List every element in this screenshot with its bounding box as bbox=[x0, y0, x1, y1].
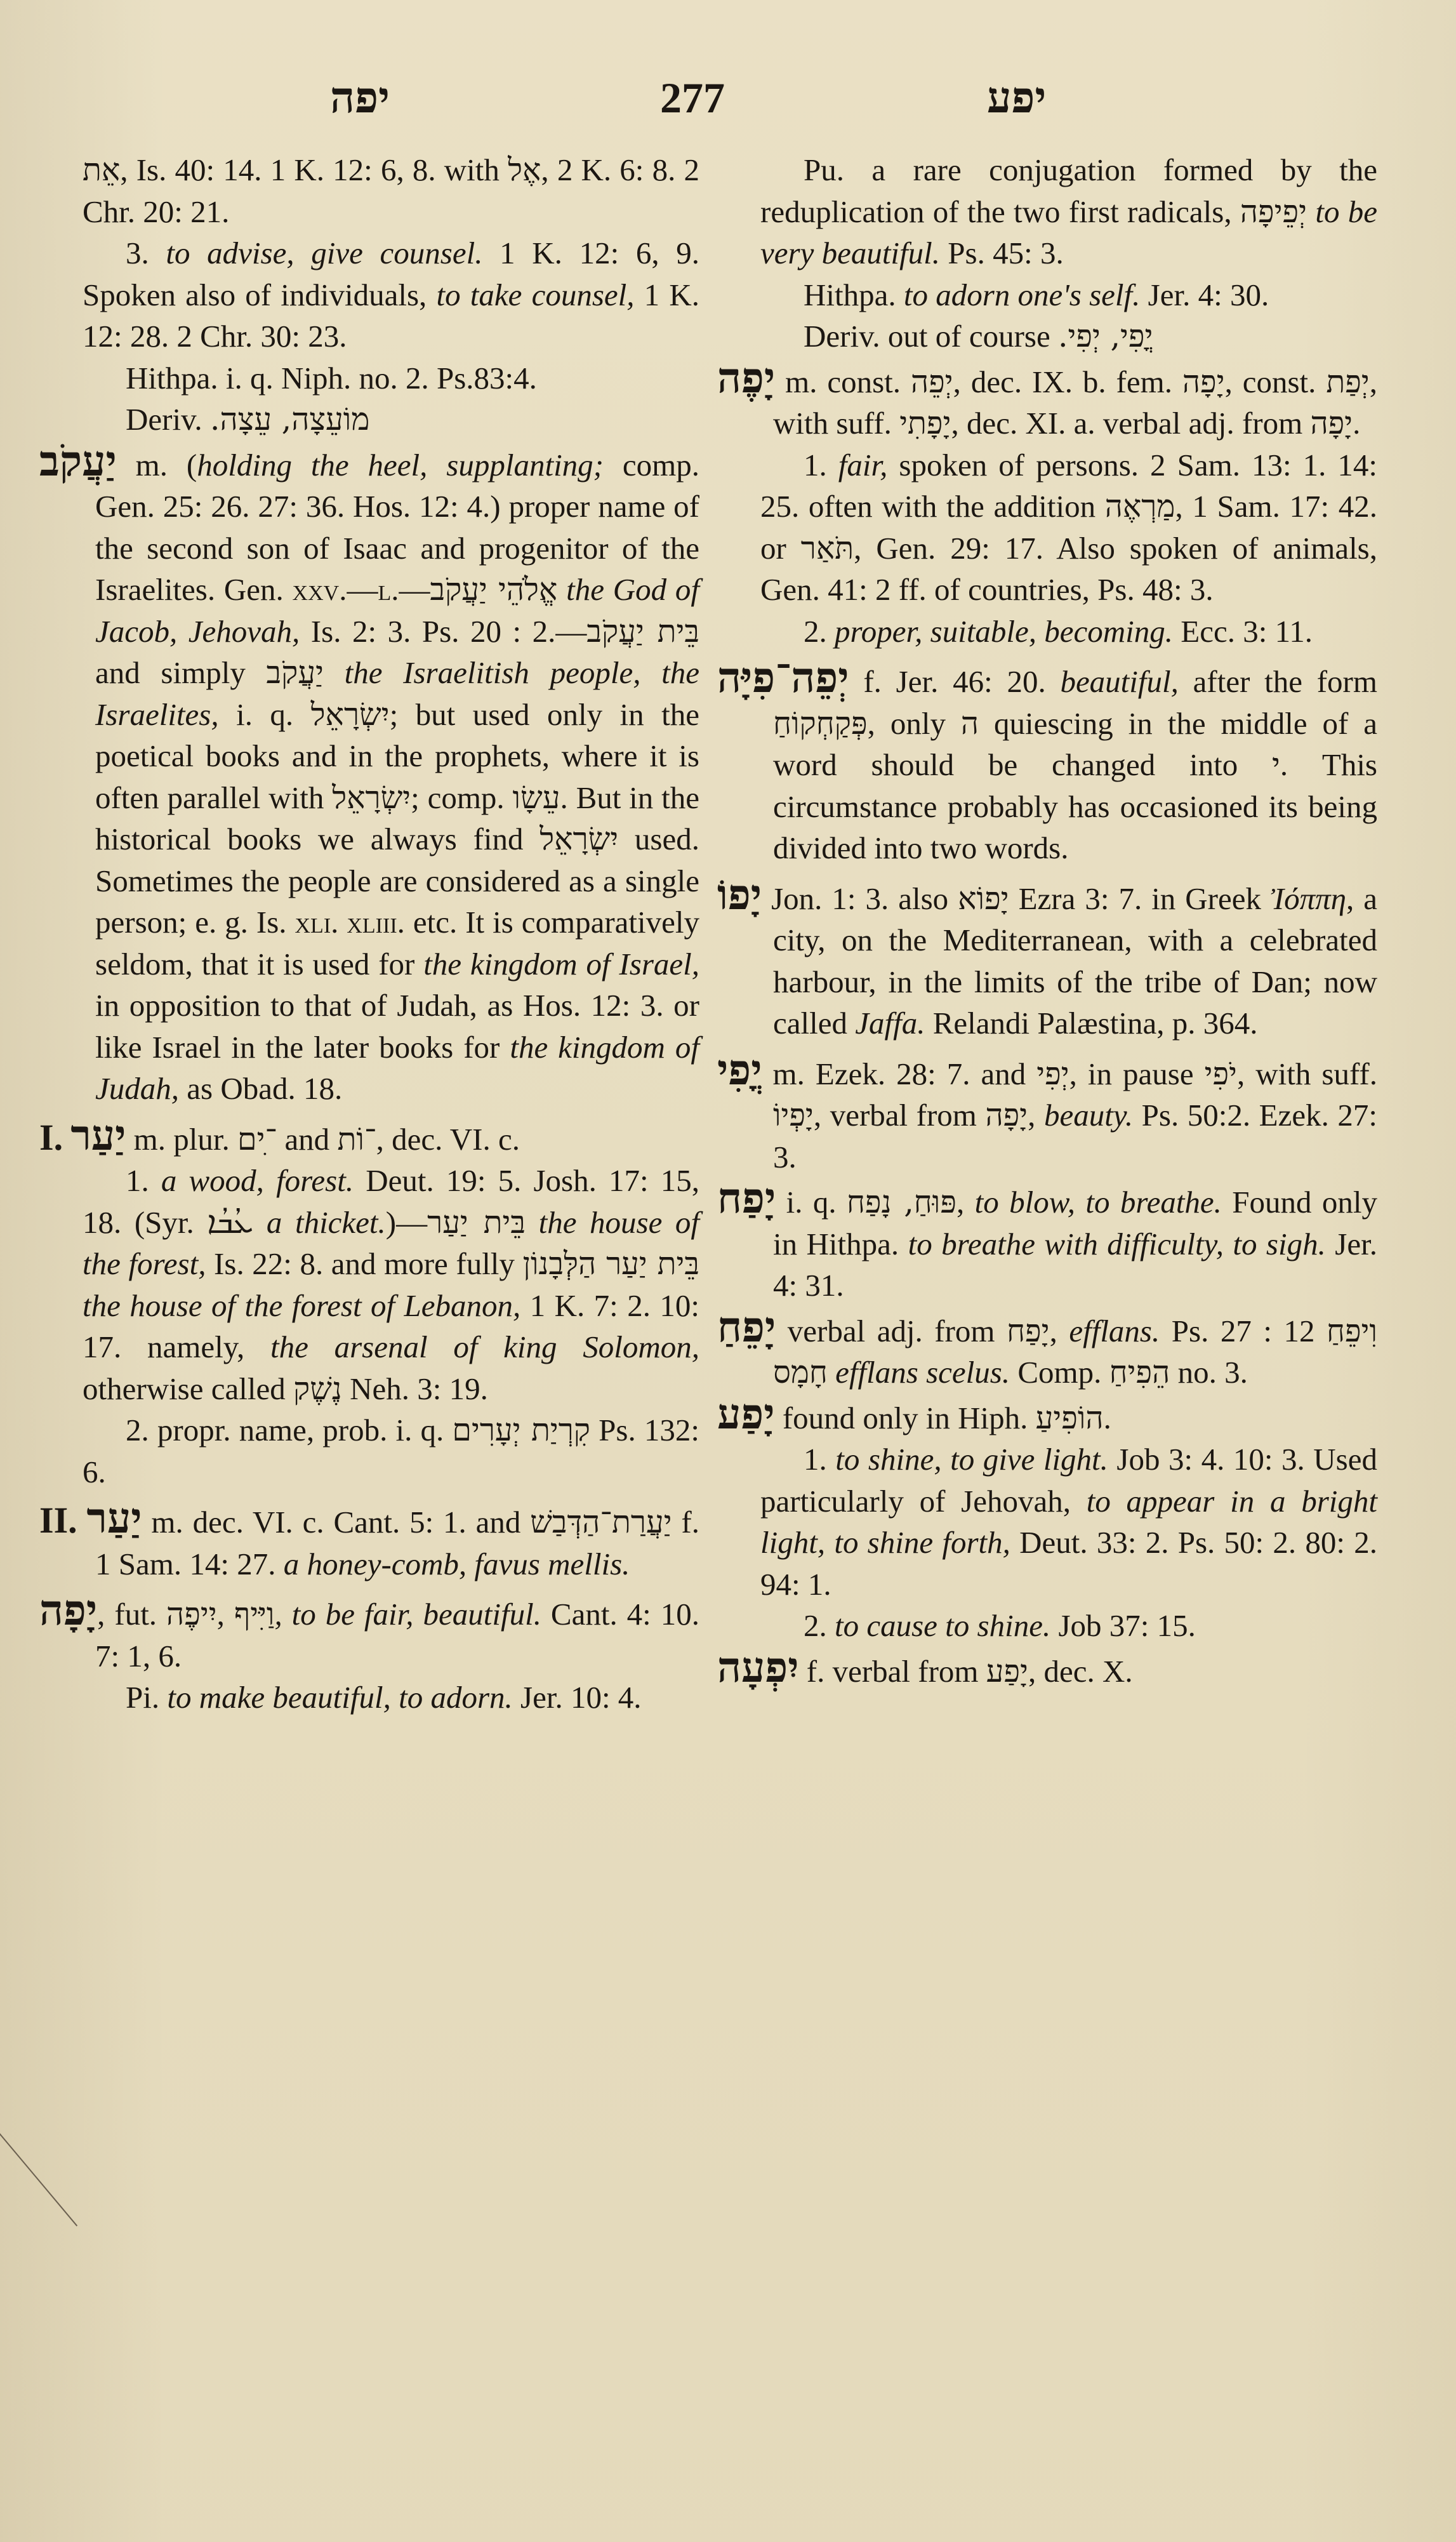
entry-headword: יַעַר bbox=[70, 1110, 126, 1160]
definition: the arsenal of king Solomon, bbox=[270, 1329, 699, 1364]
entry-headword: יִפְעָה bbox=[717, 1642, 799, 1692]
entry-text: and simply bbox=[95, 655, 267, 690]
entry-yifah: יִפְעָה f. verbal from יָפַע, dec. X. bbox=[717, 1647, 1377, 1693]
entry-headword: יְפֵה־פִיָּה bbox=[717, 653, 849, 702]
hebrew-word: יָפָה bbox=[985, 1097, 1028, 1133]
entry-text: Is. 2: 3. Ps. 20 : 2.— bbox=[300, 614, 586, 649]
entry-text: Job 37: 15. bbox=[1050, 1608, 1196, 1643]
conjugation-label: Hithpa. bbox=[804, 277, 896, 312]
definition: a thicket. bbox=[253, 1205, 385, 1240]
entry-headword: יָפֵחַ bbox=[717, 1302, 776, 1352]
deriv-label: Deriv. bbox=[126, 402, 210, 437]
sense-1: 1. fair, spoken of persons. 2 Sam. 13: 1… bbox=[760, 444, 1377, 611]
definition: to advise, give counsel. bbox=[166, 236, 482, 270]
hebrew-word: הֵפִיחַ bbox=[1109, 1354, 1170, 1390]
hebrew-word: יָפָה bbox=[1182, 364, 1225, 400]
entry-text: m. const. bbox=[775, 364, 911, 399]
hebrew-word: יְפֵיפָה bbox=[1240, 194, 1307, 230]
entry-yafach: יָפַח i. q. פּוּחַ, נָפַח, to blow, to b… bbox=[717, 1178, 1377, 1307]
sense-1: 1. to shine, to give light. Job 3: 4. 10… bbox=[760, 1439, 1377, 1605]
entry-text: Relandi Palæstina, p. 364. bbox=[925, 1006, 1257, 1041]
hebrew-word: בֵּית יַעַר bbox=[427, 1204, 526, 1241]
deriv-label: Deriv. out of course bbox=[804, 319, 1058, 354]
hebrew-word: יַעֲרַת־הַדְּבַשׁ bbox=[530, 1504, 672, 1540]
sense-number: 3. bbox=[126, 236, 149, 270]
hebrew-word: יָפוֹא bbox=[958, 881, 1009, 917]
entry-text: Hithpa. i. q. Niph. no. 2. Ps.83:4. bbox=[126, 361, 537, 396]
hithpa-paragraph: Hithpa. i. q. Niph. no. 2. Ps.83:4. bbox=[83, 357, 699, 399]
definition: , to be fair, beautiful. bbox=[274, 1597, 541, 1632]
hebrew-letter: ה bbox=[961, 705, 979, 742]
homonym-number: II. bbox=[39, 1500, 77, 1541]
sense-2: 2. to cause to shine. Job 37: 15. bbox=[760, 1605, 1377, 1647]
entry-headword: יָפָה bbox=[39, 1585, 97, 1635]
hebrew-word: בֵּית יַעֲקֹב bbox=[586, 613, 699, 649]
entry-text: xxv.—l. bbox=[293, 572, 399, 607]
entry-text: . bbox=[1353, 406, 1360, 441]
entry-yaar-2: II. יַעַר m. dec. VI. c. Cant. 5: 1. and… bbox=[39, 1498, 699, 1585]
hebrew-word: אֱלֹהֵי יַעֲקֹב bbox=[430, 571, 557, 608]
entry-text: , dec. XI. a. verbal adj. from bbox=[951, 406, 1310, 441]
hebrew-word: נֶשֶׁק bbox=[293, 1371, 342, 1407]
entry-text: , dec. VI. c. bbox=[376, 1122, 520, 1157]
entry-text: , Is. 40: 14. 1 K. 12: 6, 8. with bbox=[120, 152, 500, 187]
entry-yafa-senses: 1. to shine, to give light. Job 3: 4. 10… bbox=[717, 1439, 1377, 1647]
entry-text: m. dec. VI. c. Cant. 5: 1. and bbox=[142, 1505, 531, 1540]
deriv-paragraph: Deriv. מוֹעֵצָה, עֵצָה. bbox=[83, 399, 699, 441]
hebrew-word: אֶל bbox=[508, 152, 541, 188]
hebrew-word: הוֹפִיעַ bbox=[1036, 1400, 1104, 1436]
deriv-paragraph: Deriv. out of course יֳפִי, יְפִי. bbox=[760, 316, 1377, 357]
entry-text: propr. name, prob. i. q. bbox=[149, 1413, 453, 1447]
entry-text: , only bbox=[868, 706, 961, 741]
continued-entry-yafah: Pu. a rare conjugation formed by the red… bbox=[717, 149, 1377, 357]
entry-yafah-pi: Pi. to make beautiful, to adorn. Jer. 10… bbox=[39, 1677, 699, 1719]
margin-pencil-mark bbox=[0, 2133, 77, 2226]
hebrew-word: קִרְיַת יְעָרִים bbox=[452, 1412, 590, 1448]
entry-text: m. ( bbox=[117, 448, 197, 482]
definition: to take counsel, bbox=[436, 277, 634, 312]
entry-headword: יָפוֹ bbox=[717, 870, 762, 919]
entry-yofi: יֳפִי m. Ezek. 28: 7. and יְפִי, in paus… bbox=[717, 1049, 1377, 1178]
definition: to shine, to give light. bbox=[827, 1442, 1108, 1477]
right-column: Pu. a rare conjugation formed by the red… bbox=[717, 149, 1377, 1692]
entry-text: Ecc. 3: 11. bbox=[1173, 614, 1313, 649]
entry-text: — bbox=[399, 572, 430, 607]
definition: the kingdom of Israel, bbox=[423, 947, 699, 982]
entry-jacob: יַעֲקֹב m. (holding the heel, supplantin… bbox=[39, 441, 699, 1110]
page-number: 277 bbox=[660, 73, 725, 123]
definition: to breathe with difficulty, to sigh. bbox=[908, 1227, 1326, 1261]
entry-headword: יָפַע bbox=[717, 1389, 775, 1439]
definition: Jaffa. bbox=[855, 1006, 925, 1041]
entry-text: found only in Hiph. bbox=[775, 1401, 1036, 1435]
entry-text: Neh. 3: 19. bbox=[342, 1371, 488, 1406]
hebrew-word: בֵּית יַעַר הַלְּבָנוֹן bbox=[523, 1246, 699, 1282]
entry-headword: יַעֲקֹב bbox=[39, 436, 117, 486]
entry-yaar-1-senses: 1. a wood, forest. Deut. 19: 5. Josh. 17… bbox=[39, 1160, 699, 1493]
entry-text: f. Jer. 46: 20. bbox=[849, 664, 1061, 699]
pu-paragraph: Pu. a rare conjugation formed by the red… bbox=[760, 149, 1377, 274]
sense-number: 2. bbox=[804, 1608, 827, 1643]
hebrew-word: פּוּחַ, נָפַח bbox=[847, 1184, 956, 1220]
entry-text: Comp. bbox=[1010, 1355, 1109, 1390]
entry-text: , with suff. bbox=[1237, 1056, 1377, 1091]
definition: the house of the forest of Lebanon, bbox=[83, 1288, 520, 1323]
entry-text: ; comp. bbox=[411, 780, 512, 815]
hebrew-word: וַיִּיף bbox=[234, 1596, 275, 1632]
entry-text: m. Ezek. 28: 7. and bbox=[762, 1056, 1037, 1091]
entry-yefeh-fiyah: יְפֵה־פִיָּה f. Jer. 46: 20. beautiful, … bbox=[717, 657, 1377, 869]
hithpa-paragraph: Hithpa. to adorn one's self. Jer. 4: 30. bbox=[760, 274, 1377, 316]
definition: efflans. bbox=[1069, 1314, 1160, 1348]
entry-text: xli. xliii. bbox=[295, 905, 405, 940]
entry-text: )— bbox=[386, 1205, 427, 1240]
entry-yafa: יָפַע found only in Hiph. הוֹפִיעַ. bbox=[717, 1394, 1377, 1439]
hebrew-letter: י bbox=[1272, 747, 1280, 783]
hebrew-word: יְפֵה bbox=[911, 364, 953, 400]
definition: to make beautiful, to adorn. bbox=[159, 1680, 513, 1715]
entry-text: as Obad. 18. bbox=[179, 1071, 342, 1106]
hebrew-word: מַרְאֶה bbox=[1105, 488, 1175, 524]
hebrew-word: יֳפִי, יְפִי. bbox=[1058, 318, 1153, 354]
sense-2: 2. proper, suitable, becoming. Ecc. 3: 1… bbox=[760, 611, 1377, 653]
entry-yaar-1: I. יַעַר m. plur. ־ִים and ־וֹת, dec. VI… bbox=[39, 1115, 699, 1161]
hebrew-word: פְּקַחְקוֹחַ bbox=[773, 705, 868, 742]
entry-text: , bbox=[217, 1597, 234, 1632]
hebrew-word: יִשְׂרָאֵל bbox=[311, 696, 390, 733]
homonym-number: I. bbox=[39, 1117, 63, 1158]
sense-number: 1. bbox=[804, 448, 827, 482]
entry-text: and bbox=[277, 1122, 337, 1157]
hebrew-word: תֹּאַר bbox=[801, 530, 854, 566]
entry-yafah-verb: יָפָה, fut. יִיפֶה, וַיִּיף, to be fair,… bbox=[39, 1590, 699, 1677]
hebrew-word: עֵשָׂו bbox=[513, 780, 560, 816]
entry-headword: יֳפִי bbox=[717, 1045, 762, 1095]
entry-text: i. q. bbox=[776, 1185, 847, 1220]
entry-text: Ps. 45: 3. bbox=[940, 236, 1064, 270]
left-running-headword: יפה bbox=[330, 73, 390, 123]
hebrew-word: ־וֹת bbox=[337, 1121, 376, 1157]
entry-text: Jer. 10: 4. bbox=[513, 1680, 642, 1715]
left-column: אֵת, Is. 40: 14. 1 K. 12: 6, 8. with אֶל… bbox=[39, 149, 699, 1719]
hebrew-word: יִשְׂרָאֵל bbox=[332, 780, 411, 816]
conjugation-label: Pi. bbox=[126, 1680, 159, 1715]
definition: beauty. bbox=[1044, 1098, 1133, 1133]
dictionary-page: יפה 277 יפע אֵת, Is. 40: 14. 1 K. 12: 6,… bbox=[0, 0, 1456, 2542]
sense-2: 2. propr. name, prob. i. q. קִרְיַת יְעָ… bbox=[83, 1409, 699, 1493]
sense-number: 2. bbox=[804, 614, 827, 649]
entry-text: Ps. 27 : 12 bbox=[1160, 1314, 1327, 1348]
right-running-headword: יפע bbox=[987, 73, 1046, 123]
entry-text: after the form bbox=[1179, 664, 1377, 699]
entry-headword: יָפַח bbox=[717, 1173, 776, 1223]
entry-text: f. verbal from bbox=[799, 1654, 986, 1689]
greek-word: Ἰόππη bbox=[1271, 881, 1346, 916]
sense-number: 1. bbox=[804, 1442, 827, 1477]
hebrew-word: יָפָתִי bbox=[899, 405, 951, 441]
pi-paragraph: Pi. to make beautiful, to adorn. Jer. 10… bbox=[83, 1677, 699, 1719]
definition: beautiful, bbox=[1060, 664, 1178, 699]
entry-headword: יָפֶה bbox=[717, 353, 775, 403]
continued-paragraph: אֵת, Is. 40: 14. 1 K. 12: 6, 8. with אֶל… bbox=[83, 149, 699, 232]
continued-entry: אֵת, Is. 40: 14. 1 K. 12: 6, 8. with אֶל… bbox=[39, 149, 699, 441]
hebrew-word: יִשְׂרָאֵל bbox=[539, 821, 618, 857]
entry-yafeh-senses: 1. fair, spoken of persons. 2 Sam. 13: 1… bbox=[717, 444, 1377, 653]
entry-text: , in pause bbox=[1069, 1056, 1205, 1091]
definition: a wood, forest. bbox=[149, 1163, 354, 1198]
definition: efflans scelus. bbox=[828, 1355, 1010, 1390]
entry-text: verbal adj. from bbox=[776, 1314, 1007, 1348]
syriac-word: ܥܳܒܳܐ bbox=[207, 1204, 253, 1241]
hebrew-word: יֹפִי bbox=[1205, 1056, 1237, 1092]
hebrew-word: יָפַח bbox=[1007, 1313, 1050, 1349]
entry-text: , fut. bbox=[97, 1597, 166, 1632]
entry-text: , dec. X. bbox=[1028, 1654, 1133, 1689]
sense-number: 1. bbox=[126, 1163, 149, 1198]
entry-text: , bbox=[1028, 1098, 1044, 1133]
definition: to cause to shine. bbox=[827, 1608, 1050, 1643]
definition: holding the heel, supplanting; bbox=[197, 448, 604, 482]
definition: fair, bbox=[827, 448, 888, 482]
sense-3: 3. to advise, give counsel. 1 K. 12: 6, … bbox=[83, 232, 699, 357]
entry-text: , dec. IX. b. fem. bbox=[953, 364, 1182, 399]
hebrew-word: יָפָה bbox=[1310, 405, 1353, 441]
definition: to blow, to breathe. bbox=[975, 1185, 1222, 1220]
entry-text: Jer. 4: 30. bbox=[1140, 277, 1269, 312]
definition: a honey-comb, favus mellis. bbox=[284, 1547, 630, 1581]
entry-yafeh-adj: יָפֶה m. const. יְפֵה, dec. IX. b. fem. … bbox=[717, 357, 1377, 444]
conjugation-label: Pu. bbox=[804, 152, 844, 187]
hebrew-word: יָפְיוֹ bbox=[773, 1097, 814, 1133]
sense-1: 1. a wood, forest. Deut. 19: 5. Josh. 17… bbox=[83, 1160, 699, 1409]
entry-text: Ezra 3: 7. in Greek bbox=[1009, 881, 1271, 916]
entry-text: Jon. 1: 3. also bbox=[762, 881, 958, 916]
entry-text: , bbox=[1050, 1314, 1069, 1348]
entry-text: i. q. bbox=[219, 697, 311, 732]
entry-text: no. 3. bbox=[1170, 1355, 1248, 1390]
definition: proper, suitable, becoming. bbox=[827, 614, 1173, 649]
hebrew-word: יָפַע bbox=[986, 1653, 1028, 1689]
hebrew-word: אֵת bbox=[83, 152, 120, 188]
entry-text: , verbal from bbox=[814, 1098, 986, 1133]
entry-text: , bbox=[956, 1185, 975, 1220]
entry-text: Is. 22: 8. and more fully bbox=[206, 1246, 522, 1281]
hebrew-word: ־ִים bbox=[237, 1121, 277, 1157]
definition: to adorn one's self. bbox=[896, 277, 1141, 312]
hebrew-word: יִיפֶה bbox=[166, 1596, 217, 1632]
entry-text: m. plur. bbox=[126, 1122, 237, 1157]
running-header: יפה 277 יפע bbox=[0, 73, 1456, 124]
hebrew-word: יְפַת bbox=[1326, 364, 1369, 400]
hebrew-word: יְפִי bbox=[1036, 1056, 1069, 1092]
entry-text: , const. bbox=[1225, 364, 1327, 399]
entry-text: . bbox=[1104, 1401, 1111, 1435]
entry-text: otherwise called bbox=[83, 1371, 293, 1406]
entry-yafeach: יָפֵחַ verbal adj. from יָפַח, efflans. … bbox=[717, 1307, 1377, 1394]
sense-number: 2. bbox=[126, 1413, 149, 1447]
hebrew-word: מוֹעֵצָה, עֵצָה. bbox=[210, 401, 369, 437]
entry-headword: יַעַר bbox=[87, 1493, 142, 1543]
entry-yafo: יָפוֹ Jon. 1: 3. also יָפוֹא Ezra 3: 7. … bbox=[717, 874, 1377, 1044]
hebrew-word: יַעֲקֹב bbox=[267, 655, 324, 691]
